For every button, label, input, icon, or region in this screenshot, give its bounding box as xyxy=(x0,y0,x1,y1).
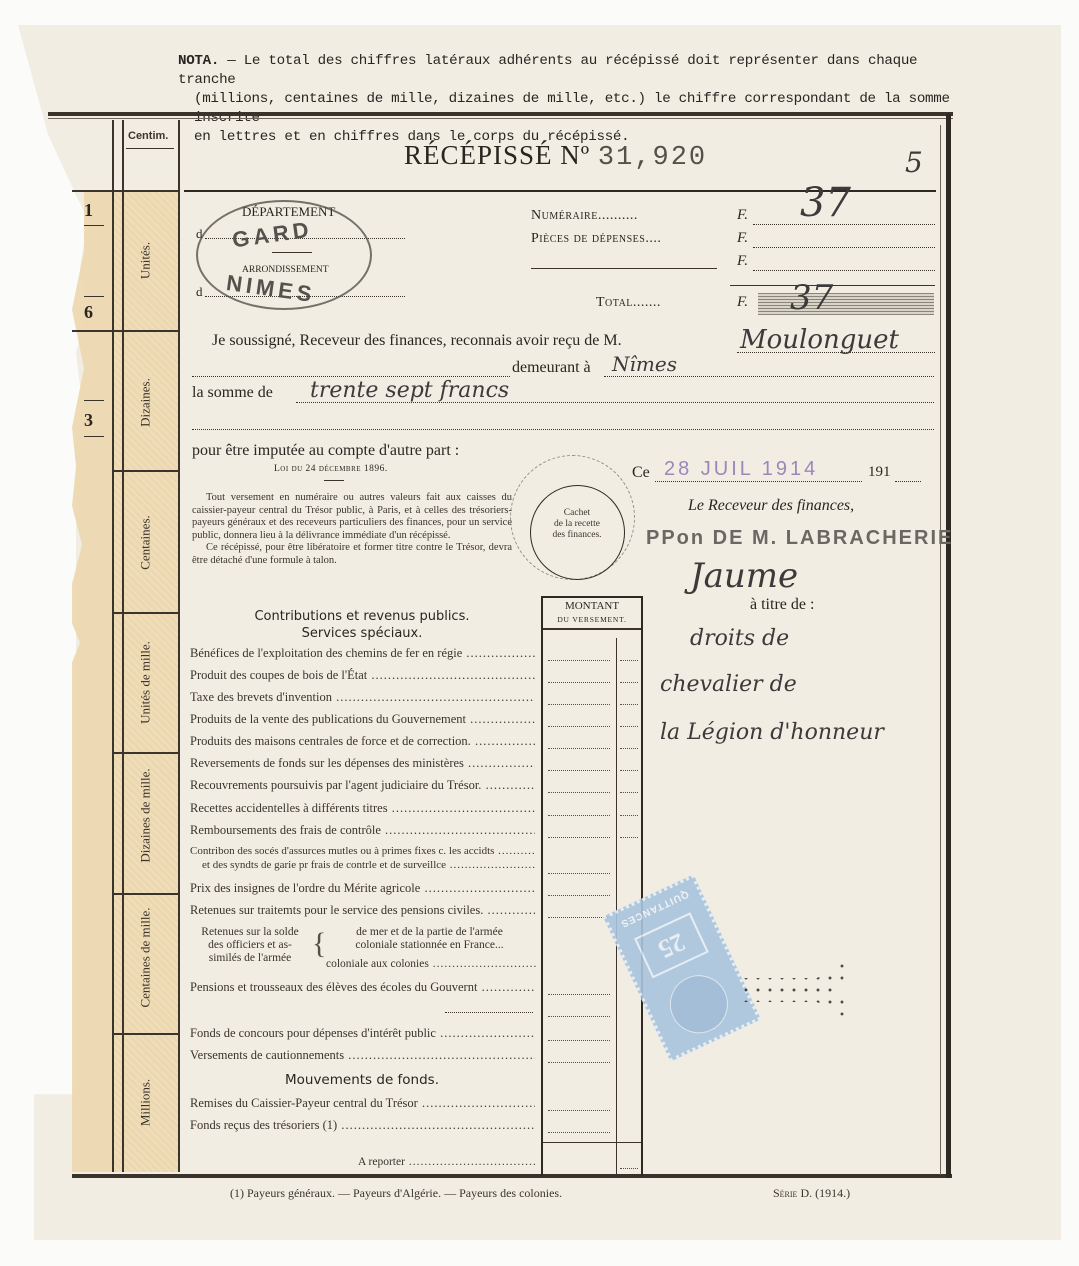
centimes-cell xyxy=(620,704,638,705)
handwritten-corner-mark: 5 xyxy=(905,146,923,179)
numeraire-field xyxy=(753,224,935,225)
montant-cell xyxy=(548,1040,610,1041)
montant-header: MONTANT DU VERSEMENT. xyxy=(543,600,641,626)
table-row: Produits des maisons centrales de force … xyxy=(190,734,535,749)
montant-head1: MONTANT xyxy=(543,600,641,613)
strip-label-centaines-mille: Centaines de mille. xyxy=(138,903,153,1013)
receipt-title: RÉCÉPISSÉ Nº 31,920 xyxy=(404,140,707,173)
nota-text: NOTA. — Le total des chiffres latéraux a… xyxy=(178,52,978,147)
table-heading: Contributions et revenus publics. Servic… xyxy=(192,608,532,642)
pieces-field xyxy=(753,247,935,248)
frame-top-border xyxy=(48,112,953,116)
subtotal-rule xyxy=(543,1142,641,1143)
table-row: Produit des coupes de bois de l'État xyxy=(190,668,535,683)
nota-label: NOTA. xyxy=(178,53,219,69)
montant-cell xyxy=(548,1110,610,1111)
strip-label-unites: Unités. xyxy=(138,216,153,306)
table-row: Recouvrements poursuivis par l'agent jud… xyxy=(190,778,535,793)
legal-notice-p2: Ce récépissé, pour être libératoire et f… xyxy=(192,542,512,567)
pieces-label: Pièces de dépenses.... xyxy=(531,231,661,247)
centimes-cell xyxy=(620,792,638,793)
montant-cell xyxy=(548,1016,610,1017)
f-label: F. xyxy=(737,207,748,224)
numeraire-label: Numéraire.......... xyxy=(531,208,638,224)
cachet-line2: de la recette xyxy=(541,519,613,530)
strip-divider xyxy=(112,470,178,472)
centim-rule xyxy=(126,148,174,149)
table-row: Versements de cautionnements xyxy=(190,1048,535,1063)
centimes-cell xyxy=(620,815,638,816)
handwritten-demeurant: Nîmes xyxy=(612,352,677,376)
table-row: Prix des insignes de l'ordre du Mérite a… xyxy=(190,881,535,896)
table-row: Reversements de fonds sur les dépenses d… xyxy=(190,756,535,771)
services-speciaux-heading: Services spéciaux. xyxy=(192,625,532,642)
handwritten-payer-name: Moulonguet xyxy=(740,325,899,355)
ppon-labracherie-stamp: PPon DE M. LABRACHERIE xyxy=(646,527,953,550)
f-label: F. xyxy=(737,230,748,247)
montant-cell xyxy=(548,1132,610,1133)
table-row: coloniale aux colonies xyxy=(326,958,536,970)
strip-line xyxy=(178,120,180,1172)
montant-head2: DU VERSEMENT. xyxy=(557,615,626,624)
digit-rule xyxy=(84,436,104,437)
table-row: Produits de la vente des publications du… xyxy=(190,712,535,727)
date-field xyxy=(655,481,862,482)
strip-divider xyxy=(72,330,178,332)
centimes-cell xyxy=(620,770,638,771)
total-field xyxy=(758,293,934,315)
cachet-line1: Cachet xyxy=(541,508,613,519)
arrondissement-d: d xyxy=(196,284,203,300)
digit-rule xyxy=(84,296,104,297)
handwritten-total: 37 xyxy=(790,278,833,318)
centimes-cell xyxy=(620,748,638,749)
soussigne-text: Je soussigné, Receveur des finances, rec… xyxy=(212,332,622,350)
imputee-text: pour être imputée au compte d'autre part… xyxy=(192,442,459,460)
contributions-heading: Contributions et revenus publics. xyxy=(192,608,532,625)
f-label: F. xyxy=(737,253,748,270)
date-stamp: 28 JUIL 1914 xyxy=(664,458,818,481)
montant-column xyxy=(541,596,643,1176)
montant-cell xyxy=(548,994,610,995)
montant-cell xyxy=(548,770,610,771)
centimes-cell xyxy=(620,660,638,661)
retenues-left2: des officiers et as- xyxy=(190,939,310,952)
title-label: RÉCÉPISSÉ Nº xyxy=(404,140,590,170)
handwritten-titre-line2: chevalier de xyxy=(660,672,797,697)
table-row: Recettes accidentelles à différents titr… xyxy=(190,801,535,816)
blank-label-line xyxy=(531,268,717,269)
strip-label-dizaines-mille: Dizaines de mille. xyxy=(138,761,153,871)
serie-label: Série D. (1914.) xyxy=(773,1186,850,1201)
fiscal-stamp-medallion-icon xyxy=(660,966,737,1043)
handwritten-somme: trente sept francs xyxy=(310,378,509,403)
retenues-right1: de mer et de la partie de l'armée xyxy=(322,926,537,939)
counterfoil-digit-dizaines: 3 xyxy=(84,410,93,431)
montant-header-rule xyxy=(543,628,641,630)
year-field xyxy=(895,481,921,482)
strip-divider xyxy=(72,190,178,192)
table-row: Pensions et trousseaux des élèves des éc… xyxy=(190,980,535,995)
f-label: F. xyxy=(737,294,748,311)
counterfoil-digit-unites: 1 xyxy=(84,200,93,221)
table-row: Fonds de concours pour dépenses d'intérê… xyxy=(190,1026,535,1041)
table-row: et des syndts de garie pr frais de contr… xyxy=(202,859,535,871)
demeurant-label: demeurant à xyxy=(512,359,591,377)
frame-top-inner xyxy=(48,118,953,119)
frame-bottom-border xyxy=(72,1174,952,1178)
table-row: Contribon des socés d'assurces mutles ou… xyxy=(190,845,535,857)
a-reporter-row: A reporter xyxy=(358,1156,535,1168)
table-row: Fonds reçus des trésoriers (1) xyxy=(190,1118,535,1133)
counterfoil-digit-unites-2: 6 xyxy=(84,302,93,323)
centimes-cell xyxy=(620,1168,638,1169)
demeurant-field xyxy=(604,376,934,377)
titre-label: à titre de : xyxy=(750,596,814,614)
montant-cell xyxy=(548,815,610,816)
montant-cell xyxy=(548,895,610,896)
nota-line2: (millions, centaines de mille, dizaines … xyxy=(178,90,978,128)
retenues-left3: similés de l'armée xyxy=(190,952,310,965)
retenues-right: de mer et de la partie de l'armée coloni… xyxy=(322,926,537,952)
handwritten-numeraire: 37 xyxy=(800,180,851,226)
digit-rule xyxy=(84,400,104,401)
strip-label-unites-mille: Unités de mille. xyxy=(138,618,153,748)
strip-line xyxy=(122,120,124,1172)
montant-cell xyxy=(548,792,610,793)
payer-extra-field xyxy=(192,376,510,377)
strip-label-dizaines: Dizaines. xyxy=(138,358,153,448)
total-label: Total....... xyxy=(596,295,661,311)
torn-stub xyxy=(72,192,112,1172)
blank-row-field xyxy=(445,1012,533,1013)
receveur-signature: Jaume xyxy=(690,556,798,596)
montant-cell xyxy=(548,704,610,705)
loi-reference: Loi du 24 décembre 1896. xyxy=(274,464,388,474)
table-row: Retenues sur traitemts pour le service d… xyxy=(190,903,535,918)
strip-divider xyxy=(112,752,178,754)
nota-line1: — Le total des chiffres latéraux adhéren… xyxy=(178,53,917,88)
frame-right-border xyxy=(946,114,951,1178)
legal-notice: Tout versement en numéraire ou autres va… xyxy=(192,492,512,568)
retenues-solde-label: Retenues sur la solde des officiers et a… xyxy=(190,926,310,965)
table-row: Taxe des brevets d'invention xyxy=(190,690,535,705)
strip-label-centaines: Centaines. xyxy=(138,498,153,588)
centimes-cell xyxy=(620,726,638,727)
montant-cell xyxy=(548,837,610,838)
montant-centimes-divider xyxy=(616,638,617,1176)
year-prefix: 191 xyxy=(868,464,891,481)
centimes-cell xyxy=(620,837,638,838)
somme-label: la somme de xyxy=(192,384,273,402)
strip-label-millions: Millions. xyxy=(138,1058,153,1148)
frame-right-inner xyxy=(940,125,941,1175)
extra-field xyxy=(753,270,935,271)
fiscal-stamp-value: 25 xyxy=(634,912,709,978)
centimes-cell xyxy=(620,682,638,683)
mouvements-heading: Mouvements de fonds. xyxy=(192,1072,532,1089)
montant-cell xyxy=(548,917,610,918)
montant-cell xyxy=(548,660,610,661)
strip-line xyxy=(112,120,114,1172)
cachet-text: Cachet de la recette des finances. xyxy=(541,508,613,541)
table-row: Remboursements des frais de contrôle xyxy=(190,823,535,838)
cachet-line3: des finances. xyxy=(541,530,613,541)
handwritten-titre-line3: la Légion d'honneur xyxy=(660,720,884,745)
somme-field-2 xyxy=(192,429,934,430)
table-row: Bénéfices de l'exploitation des chemins … xyxy=(190,646,535,661)
footer-note: (1) Payeurs généraux. — Payeurs d'Algéri… xyxy=(230,1186,562,1201)
montant-cell xyxy=(548,748,610,749)
retenues-right2: coloniale stationnée en France... xyxy=(322,939,537,952)
strip-divider xyxy=(112,1033,178,1035)
retenues-left1: Retenues sur la solde xyxy=(190,926,310,939)
legal-notice-p1: Tout versement en numéraire ou autres va… xyxy=(192,492,512,542)
montant-cell xyxy=(548,726,610,727)
table-row: Remises du Caissier-Payeur central du Tr… xyxy=(190,1096,535,1111)
digit-rule xyxy=(84,225,104,226)
strip-divider xyxy=(112,612,178,614)
receipt-number: 31,920 xyxy=(598,143,707,173)
receveur-label: Le Receveur des finances, xyxy=(688,497,854,515)
montant-cell xyxy=(548,682,610,683)
montant-cell xyxy=(548,873,610,874)
ce-label: Ce xyxy=(632,464,650,482)
strip-divider xyxy=(112,893,178,895)
centim-label: Centim. xyxy=(128,130,168,142)
loi-rule xyxy=(324,480,344,481)
handwritten-titre-line1: droits de xyxy=(690,626,789,651)
montant-cell xyxy=(548,1062,610,1063)
